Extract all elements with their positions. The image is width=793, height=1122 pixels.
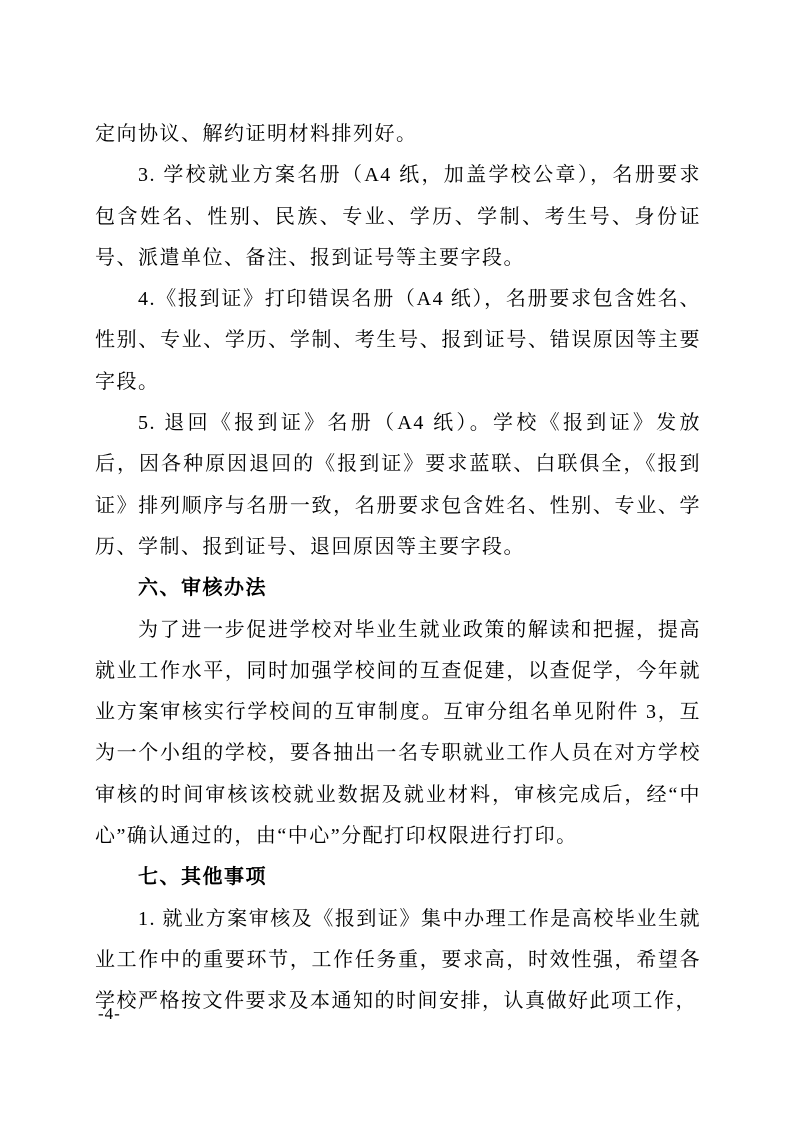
paragraph-section-7-body: 1. 就业方案审核及《报到证》集中办理工作是高校毕业生就业工作中的重要环节，工作… [95, 899, 701, 1023]
section-heading-7: 七、其他事项 [95, 857, 701, 898]
paragraph-item-4: 4.《报到证》打印错误名册（A4 纸），名册要求包含姓名、性别、专业、学历、学制… [95, 279, 701, 403]
paragraph-item-5: 5. 退回《报到证》名册（A4 纸）。学校《报到证》发放后，因各种原因退回的《报… [95, 403, 701, 568]
paragraph-section-6-body: 为了进一步促进学校对毕业生就业政策的解读和把握，提高就业工作水平，同时加强学校间… [95, 610, 701, 858]
paragraph-item-3: 3. 学校就业方案名册（A4 纸，加盖学校公章），名册要求包含姓名、性别、民族、… [95, 155, 701, 279]
document-page: 定向协议、解约证明材料排列好。 3. 学校就业方案名册（A4 纸，加盖学校公章）… [0, 0, 793, 1122]
paragraph-continuation: 定向协议、解约证明材料排列好。 [95, 114, 701, 155]
section-heading-6: 六、审核办法 [95, 568, 701, 609]
page-number: -4- [98, 1004, 121, 1024]
document-body: 定向协议、解约证明材料排列好。 3. 学校就业方案名册（A4 纸，加盖学校公章）… [95, 114, 701, 1023]
